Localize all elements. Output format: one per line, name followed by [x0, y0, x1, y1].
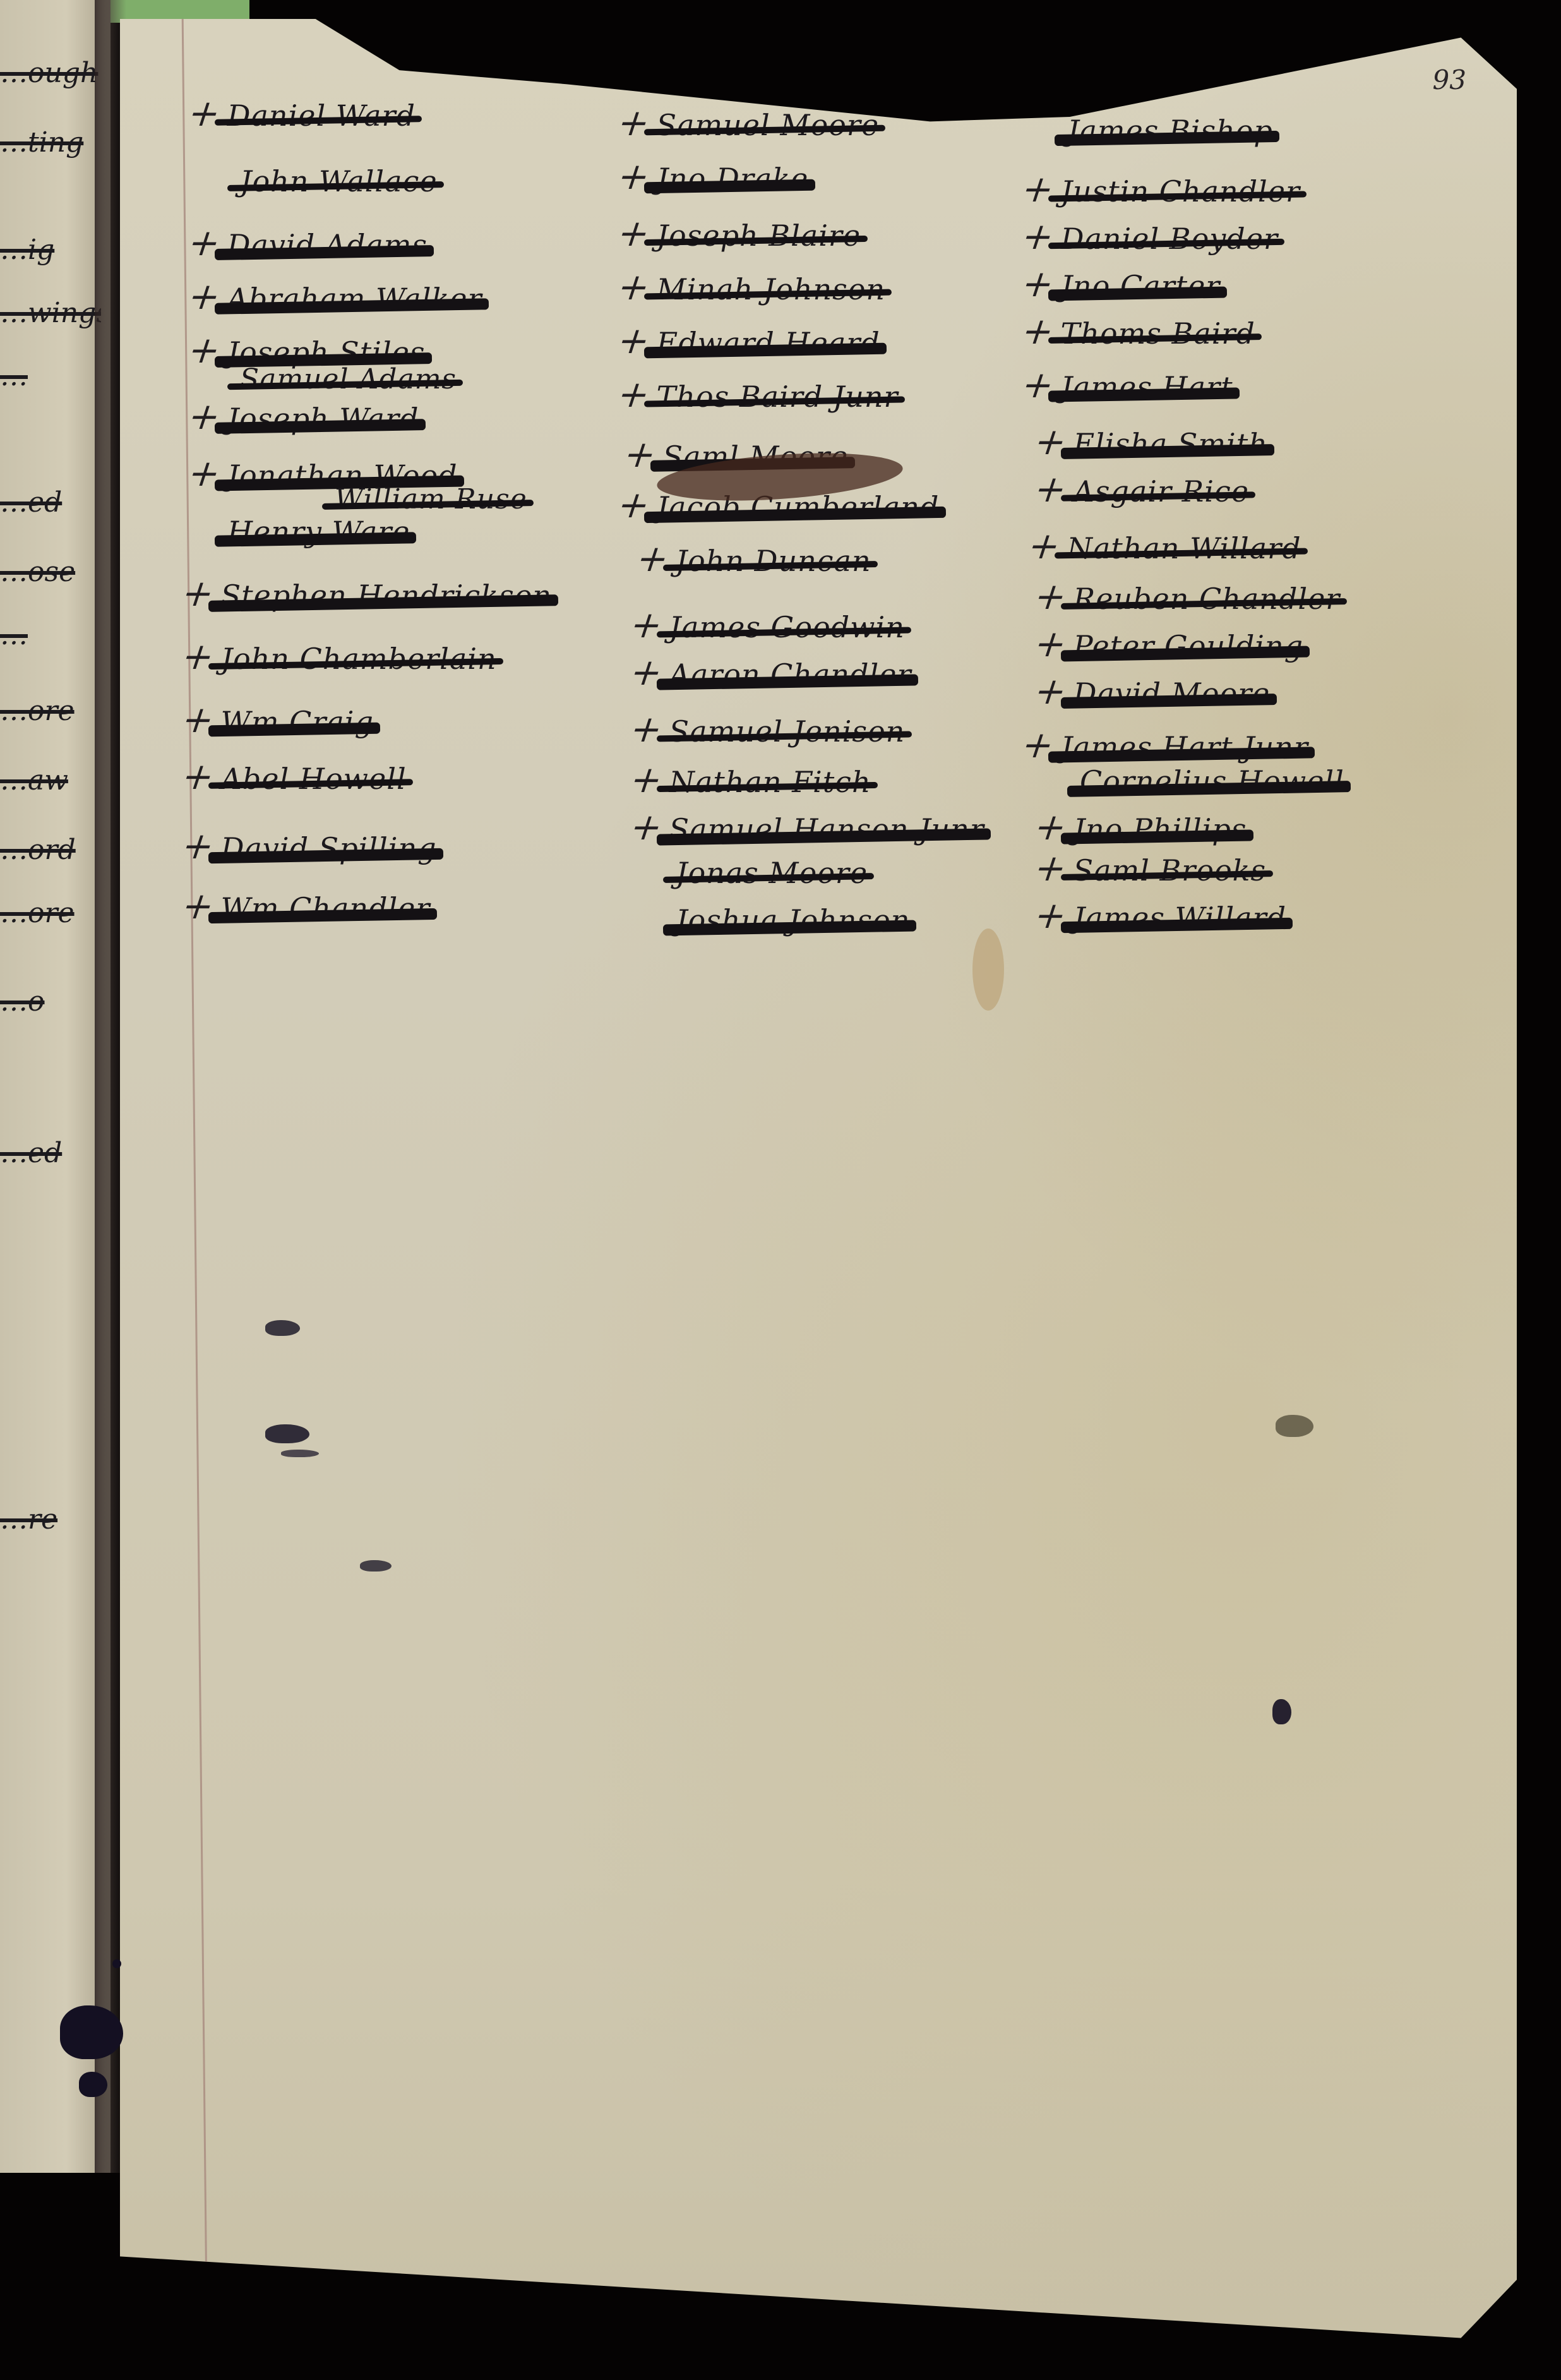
list-item: +Peter Goulding: [1036, 622, 1303, 665]
list-item: +Daniel Boyder: [1023, 215, 1278, 258]
water-stain: [972, 929, 1004, 1011]
list-item: +James Willard: [1036, 894, 1286, 937]
list-item: +Thoms Baird: [1023, 310, 1255, 352]
ink-blot: [265, 1320, 300, 1336]
list-item: +Justin Chandler: [1023, 167, 1300, 210]
cross-mark-icon: +: [1016, 167, 1062, 210]
list-item: William Ruse: [328, 483, 527, 515]
list-item: James Bishop: [1061, 114, 1273, 148]
facing-page-fragment: …ore: [0, 897, 101, 929]
cross-mark-icon: +: [625, 707, 670, 750]
list-item: +Abel Howell: [183, 755, 407, 798]
cross-mark-icon: +: [182, 92, 228, 135]
facing-page-fragment: …: [0, 360, 101, 392]
list-item: +Daniel Ward: [189, 92, 416, 135]
ink-blot: [1276, 1415, 1313, 1437]
list-item: Jonas Moore: [669, 856, 868, 890]
list-item: Joshua Johnson: [669, 903, 910, 937]
list-item: Samuel Adams: [234, 363, 457, 395]
ink-blot: [79, 2072, 107, 2097]
list-item: +Minah Johnson: [619, 265, 885, 308]
list-item: +Jno Drake: [619, 155, 808, 198]
cross-mark-icon: +: [176, 755, 222, 798]
list-item: +David Spilling: [183, 824, 437, 867]
list-item: +Asgair Rice: [1036, 467, 1249, 510]
cross-mark-icon: +: [612, 373, 657, 416]
list-item: +James Hart: [1023, 363, 1233, 406]
list-item: +Samuel Moore: [619, 101, 879, 144]
facing-page-fragment: …ore: [0, 695, 101, 727]
facing-page-edge: …ough …ting …ig …wings … …ed …ose … …ore…: [0, 0, 111, 2173]
ink-blot: [1272, 1699, 1291, 1724]
list-item: +Wm Craig: [183, 698, 374, 741]
facing-page-fragment: …wings: [0, 297, 101, 329]
list-item: +John Chamberlain: [183, 635, 497, 678]
cross-mark-icon: +: [625, 758, 670, 801]
list-item: +Saml Brooks: [1036, 846, 1266, 889]
cross-mark-icon: +: [1016, 310, 1062, 352]
manuscript-page: 93 +Daniel Ward John Wallace +David Adam…: [120, 19, 1517, 2350]
list-item: +Thos Baird Junr: [619, 373, 899, 416]
facing-page-fragment: …aw: [0, 764, 101, 796]
list-item: +Nathan Fitch: [631, 758, 871, 801]
list-item: +John Duncan: [638, 537, 871, 580]
list-item: +David Adams: [189, 221, 428, 264]
list-item: +Samuel Hanson Junr: [631, 805, 984, 848]
list-item: +Aaron Chandler: [631, 651, 911, 694]
list-item: John Wallace: [234, 164, 438, 198]
cross-mark-icon: +: [176, 635, 222, 678]
facing-page-fragment: …ed: [0, 486, 101, 519]
facing-page-fragment: …ose: [0, 556, 101, 588]
cross-mark-icon: +: [631, 537, 676, 580]
cross-mark-icon: +: [1022, 524, 1068, 567]
list-item: +Nathan Willard: [1029, 524, 1301, 567]
cross-mark-icon: +: [1029, 575, 1074, 618]
list-item: +Joseph Blaire: [619, 212, 861, 255]
cross-mark-icon: +: [612, 212, 657, 255]
list-item: +Jno Phillips: [1036, 805, 1247, 848]
list-item: +James Goodwin: [631, 603, 905, 646]
facing-page-fragment: …re: [0, 1503, 101, 1536]
list-item: +Elisha Smith: [1036, 420, 1268, 463]
list-item: Cornelius Howell: [1074, 764, 1344, 798]
list-item: +James Hart Junr: [1023, 723, 1308, 766]
list-item: +Samuel Jenison: [631, 707, 905, 750]
list-item: +David Moore: [1036, 670, 1270, 712]
list-item: Henry Ware: [221, 515, 410, 549]
list-item: +Joseph Ward: [189, 395, 419, 438]
list-item: +Stephen Hendrickson: [183, 572, 552, 615]
cross-mark-icon: +: [612, 101, 657, 144]
cross-mark-icon: +: [1029, 467, 1074, 510]
facing-page-fragment: …ough: [0, 57, 101, 89]
list-item: +Reuben Chandler: [1036, 575, 1340, 618]
cross-mark-icon: +: [1029, 846, 1074, 889]
cross-mark-icon: +: [1016, 215, 1062, 258]
list-item: +Edward Heard: [619, 319, 880, 362]
list-item: +Abraham Walker: [189, 275, 482, 318]
facing-page-fragment: …ig: [0, 234, 101, 266]
facing-page-fragment: …o: [0, 985, 101, 1018]
ink-blot: [60, 2005, 123, 2059]
facing-page-fragment: …ting: [0, 126, 101, 159]
list-item: +Jno Carter: [1023, 262, 1220, 305]
cross-mark-icon: +: [625, 603, 670, 646]
ink-blot: [265, 1424, 309, 1443]
list-item: +Wm Chandler: [183, 884, 430, 927]
facing-page-fragment: …: [0, 619, 101, 651]
ink-blot: [360, 1560, 392, 1572]
cross-mark-icon: +: [612, 265, 657, 308]
page-number: 93: [1433, 64, 1466, 95]
ink-blot: [281, 1450, 319, 1457]
ink-blot: [112, 1959, 121, 1968]
facing-page-fragment: …ord: [0, 834, 101, 866]
facing-page-fragment: …ed: [0, 1137, 101, 1169]
